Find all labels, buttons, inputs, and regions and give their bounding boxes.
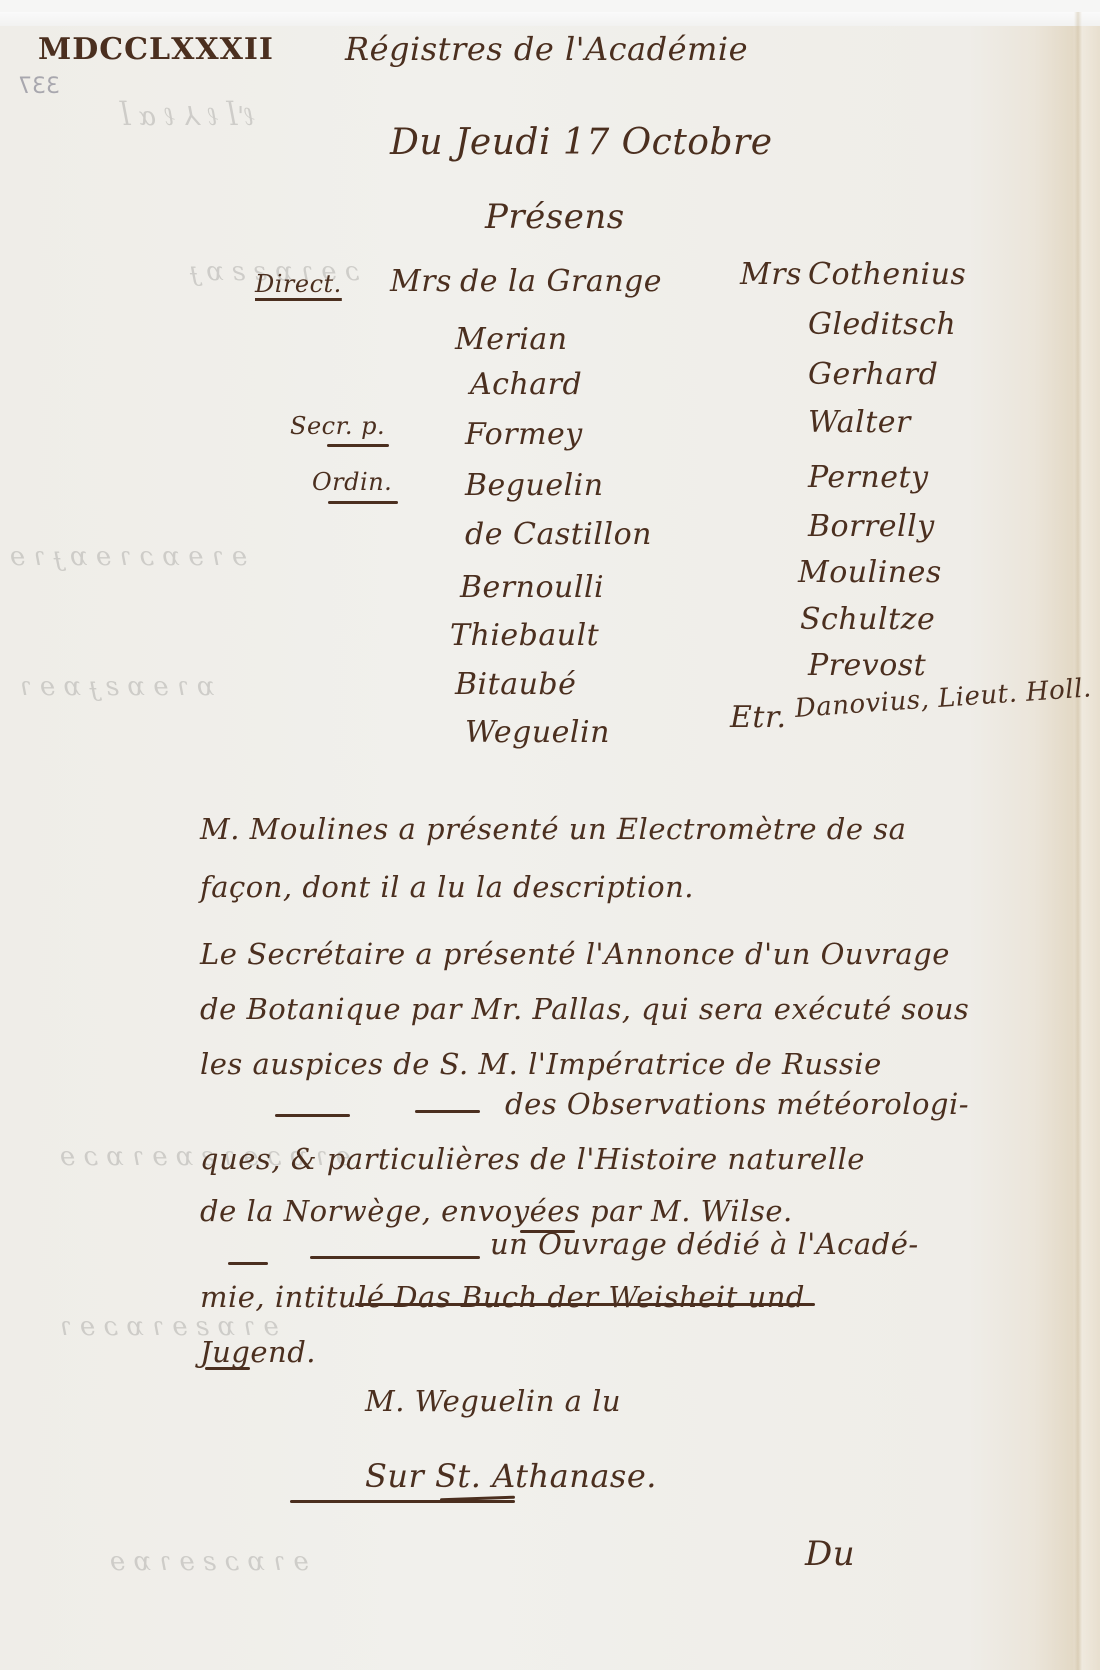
reading-title: Sur St. Athanase. [365, 1457, 657, 1495]
bleed-through-text: ɘ ɿ ɘ ɒ ɔ ɿ ɘ ɒ ɟ ɿ ɘ [10, 542, 247, 572]
member-name: Bitaubé [455, 667, 576, 702]
role-secretary: Secr. p. [290, 412, 385, 440]
ditto-dash [415, 1110, 480, 1113]
member-name: Formey [465, 417, 583, 452]
member-name: Moulines [798, 555, 942, 590]
member-name: de Castillon [465, 517, 652, 552]
minute-line: des Observations météorologi- [505, 1087, 969, 1121]
minute-line: un Ouvrage dédié à l'Acadé- [490, 1227, 919, 1261]
top-page-edge [0, 12, 1100, 26]
catchword: Du [805, 1534, 855, 1574]
member-name: Beguelin [465, 468, 604, 503]
jugend-underline [205, 1367, 250, 1370]
member-name: Cothenius [808, 257, 966, 292]
minute-line: de la Norwège, envoyées par M. Wilse. [200, 1194, 793, 1228]
session-date: Du Jeudi 17 Octobre [390, 122, 773, 163]
minute-line: Le Secrétaire a présenté l'Annonce d'un … [200, 937, 950, 971]
role-ordinary: Ordin. [312, 468, 392, 496]
members-prefix-left: Mrs [390, 264, 452, 299]
member-name: Gerhard [808, 357, 938, 392]
role-ordinary-underline [328, 501, 398, 504]
minute-line: façon, dont il a lu la description. [200, 870, 694, 904]
member-name: Merian [455, 322, 568, 357]
bleed-through-text: ɘ ɿ ɒ ɔ ƨ ɘ ɿ ɒ ɘ [110, 1547, 309, 1577]
role-secretary-underline [327, 444, 389, 447]
minute-line: ques, & particulières de l'Histoire natu… [200, 1142, 865, 1176]
book-title-underline [355, 1303, 815, 1306]
register-title: Régistres de l'Académie [345, 30, 748, 68]
minute-line: Jugend. [200, 1335, 316, 1369]
member-name: Thiebault [450, 618, 599, 653]
minute-line: mie, intitulé Das Buch der Weisheit und [200, 1280, 805, 1314]
manuscript-page: ℓ'ꟾ ℓ ⅄ ℓ α ꟾ ɔ ɘ ɿ ɒ ƨ ƨ ɒ ɟ ɘ ɿ ɘ ɒ ɔ … [0, 12, 1100, 1670]
member-name: Gleditsch [808, 307, 956, 342]
member-name: Borrelly [808, 509, 935, 544]
ditto-dash [310, 1256, 480, 1259]
minute-line: M. Moulines a présenté un Electromètre d… [200, 812, 906, 846]
member-name: Schultze [800, 602, 935, 637]
foreign-prefix: Etr. [730, 700, 787, 735]
reading-title-underline [290, 1500, 515, 1503]
bleed-through-text: ℓ'ꟾ ℓ ⅄ ℓ α ꟾ [120, 102, 255, 132]
bleed-through-text: ɒ ɿ ɘ ɒ ƨ ɟ ɒ ɘ ɿ [20, 672, 215, 702]
binding-gutter [1074, 12, 1082, 1670]
ditto-dash [228, 1262, 268, 1265]
role-director: Direct. [255, 270, 342, 298]
year-roman-numeral: MDCCLXXXII [38, 32, 274, 67]
member-name: de la Grange [460, 264, 662, 299]
presens-heading: Présens [485, 197, 625, 237]
member-name: Weguelin [465, 715, 610, 750]
member-name: Walter [808, 405, 911, 440]
member-name: Bernoulli [460, 570, 604, 605]
folio-number: 337 [18, 74, 60, 99]
members-prefix-right: Mrs [740, 257, 802, 292]
minute-line: les auspices de S. M. l'Impératrice de R… [200, 1047, 882, 1081]
minute-line: M. Weguelin a lu [365, 1384, 621, 1418]
member-name: Prevost [808, 648, 926, 683]
member-name: Achard [470, 367, 582, 402]
ditto-dash [275, 1114, 350, 1117]
minute-line: de Botanique par Mr. Pallas, qui sera ex… [200, 992, 969, 1026]
member-name: Pernety [808, 460, 929, 495]
